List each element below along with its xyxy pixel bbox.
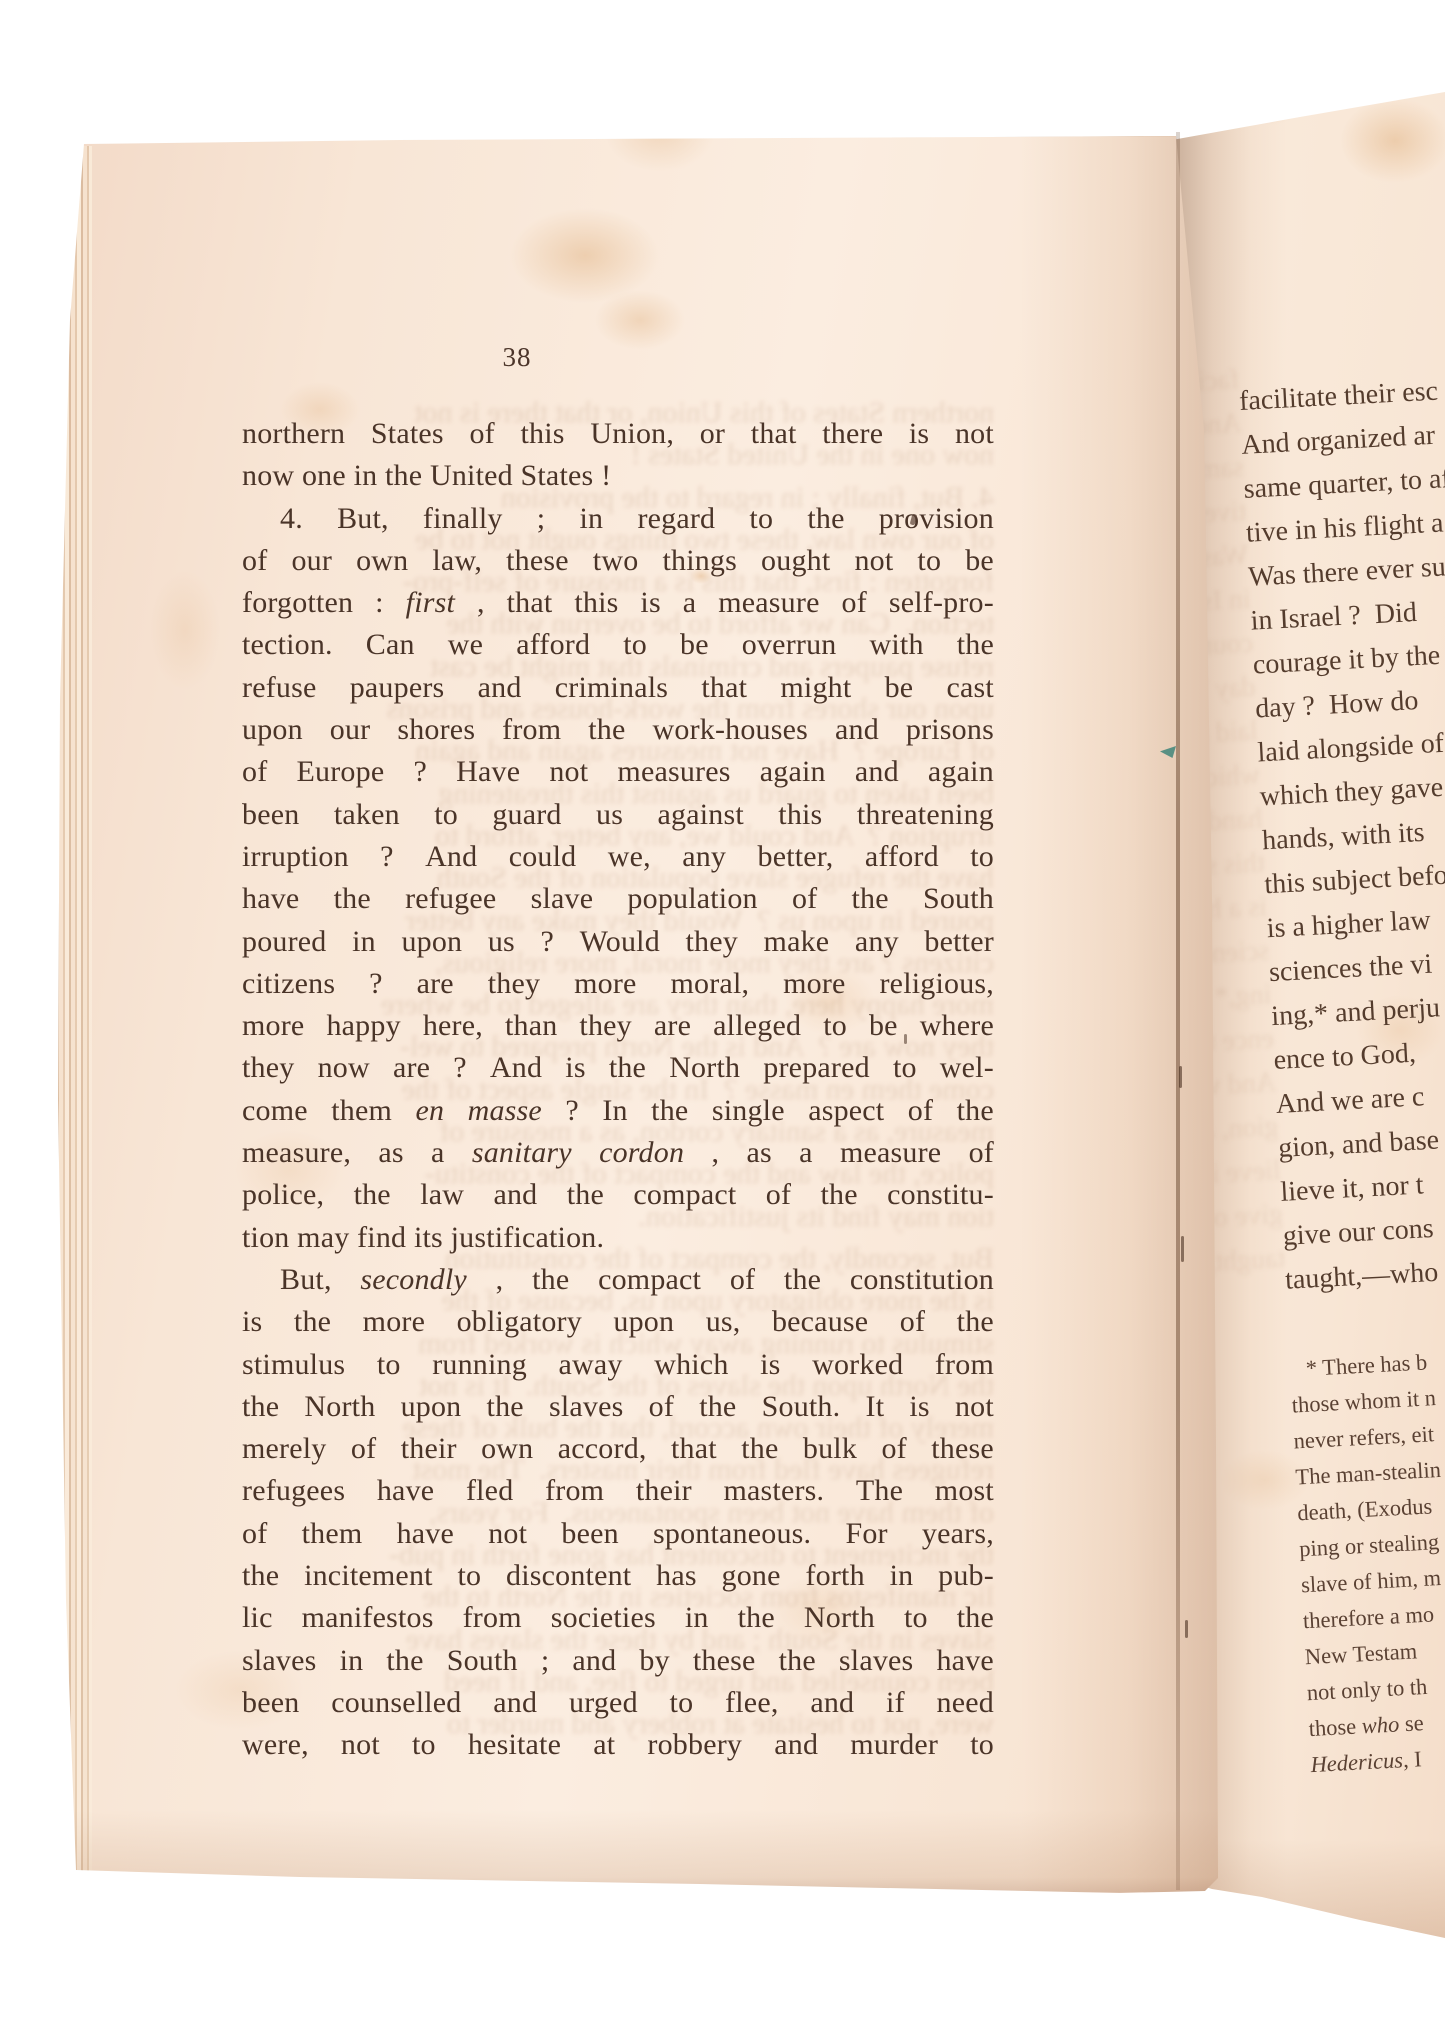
word: North <box>669 1047 740 1089</box>
left-text-line: merelyoftheirownaccord,thatthebulkofthes… <box>242 1428 994 1470</box>
word: and <box>774 1724 818 1766</box>
word: secondly <box>360 1259 467 1301</box>
word: compact <box>633 1174 736 1216</box>
word: finally <box>423 498 503 540</box>
left-text-line: were,nottohesitateatrobberyandmurderto <box>242 1724 994 1766</box>
text-run: facilitate their esc <box>1238 376 1438 417</box>
text-run: tion may find its justification. <box>242 1221 604 1254</box>
word: the <box>852 878 889 920</box>
word: have <box>377 1470 434 1512</box>
word: they <box>242 1047 294 1089</box>
text-run: And organized ar <box>1241 420 1436 461</box>
text-run: * There has b <box>1305 1349 1428 1380</box>
word: masters. <box>723 1470 824 1512</box>
word: from <box>502 709 561 751</box>
word: not <box>549 751 588 793</box>
word: against <box>658 794 744 836</box>
right-bottom-shadow <box>1180 1840 1445 1940</box>
text-run: New Testam <box>1304 1638 1418 1669</box>
word: ? <box>453 1047 467 1089</box>
word: the <box>609 1047 646 1089</box>
text-run: those <box>1308 1713 1362 1741</box>
word: is <box>909 413 929 455</box>
word: the <box>738 1597 775 1639</box>
binding-stitch <box>1179 1066 1182 1088</box>
word: first <box>406 582 455 624</box>
word: to <box>623 624 647 666</box>
left-text-line: forgotten:first,thatthisisameasureofself… <box>242 582 994 624</box>
word: is <box>760 1344 780 1386</box>
word: sanitary <box>472 1132 572 1174</box>
left-text-line: refusepaupersandcriminalsthatmightbecast <box>242 667 994 709</box>
word: to <box>904 1597 928 1639</box>
word: provision <box>879 498 994 540</box>
word: stimulus <box>242 1344 345 1386</box>
word: these <box>693 1640 756 1682</box>
word: that <box>507 582 553 624</box>
word: hesitate <box>468 1724 561 1766</box>
word: they <box>579 1005 631 1047</box>
word: poured <box>242 921 327 963</box>
word: of <box>900 1301 925 1343</box>
text-run: lieve it, nor t <box>1280 1169 1425 1207</box>
word: discontent <box>506 1555 631 1597</box>
text-run: this subject befo <box>1264 860 1445 901</box>
word: to <box>749 498 773 540</box>
word: fled <box>466 1470 513 1512</box>
word: not <box>341 1724 380 1766</box>
word: the <box>821 1174 858 1216</box>
word: is <box>909 1386 929 1428</box>
word: of <box>242 1513 267 1555</box>
word: not <box>955 1386 994 1428</box>
word: could <box>509 836 577 878</box>
left-bottom-shadow <box>58 1810 1220 1894</box>
text-run: The man-stealin <box>1295 1457 1442 1490</box>
word: ? <box>369 963 383 1005</box>
word: from <box>935 1344 994 1386</box>
word: the <box>779 1640 816 1682</box>
word: worked <box>812 1344 903 1386</box>
left-text-line: stimulustorunningawaywhichisworkedfrom <box>242 1344 994 1386</box>
text-run: se <box>1399 1710 1425 1736</box>
word: and <box>478 667 522 709</box>
word: they <box>488 963 540 1005</box>
word: South. <box>762 1386 841 1428</box>
left-text-line: now one in the United States ! <box>242 455 994 497</box>
word: that <box>701 667 747 709</box>
word: be <box>869 1005 898 1047</box>
text-run: tive in his flight a <box>1245 507 1444 548</box>
word: police, <box>242 1174 324 1216</box>
word: population <box>627 878 757 920</box>
word: our <box>330 709 371 751</box>
text-run: ence to God, <box>1273 1038 1417 1076</box>
word: Europe <box>297 751 385 793</box>
text-run: Hedericus <box>1310 1747 1404 1777</box>
word: measure <box>718 582 819 624</box>
right-footnote-line: * There has b <box>1289 1330 1445 1388</box>
word: But, <box>280 1259 332 1301</box>
word: have <box>242 878 299 920</box>
word: the <box>386 1640 423 1682</box>
word: we, <box>608 836 651 878</box>
word: self-pro- <box>889 582 994 624</box>
word: be <box>965 540 994 582</box>
word: and <box>810 1682 854 1724</box>
word: , <box>477 582 485 624</box>
page-number: 38 <box>462 342 572 373</box>
word: in <box>352 921 376 963</box>
word: obligatory <box>457 1301 582 1343</box>
word: there <box>822 413 883 455</box>
word: in <box>340 1640 364 1682</box>
word: For <box>845 1513 887 1555</box>
stain <box>510 208 660 303</box>
word: slave <box>531 878 594 920</box>
word: them <box>302 1513 363 1555</box>
word: Have <box>456 751 520 793</box>
word: more <box>242 1005 304 1047</box>
word: this <box>574 582 618 624</box>
left-text-line: beencounselledandurgedtoflee,andifneed <box>242 1682 994 1724</box>
word: bulk <box>803 1428 857 1470</box>
word: this <box>521 413 565 455</box>
word: this <box>778 794 822 836</box>
word: upon <box>613 1301 674 1343</box>
word: have <box>936 1640 993 1682</box>
word: as <box>378 1132 403 1174</box>
word: : <box>375 582 384 624</box>
word: refugees <box>242 1470 345 1512</box>
word: any <box>855 921 899 963</box>
word: refuse <box>242 667 317 709</box>
word: robbery <box>647 1724 742 1766</box>
word: which <box>654 1344 728 1386</box>
word: of <box>242 751 267 793</box>
left-text-line: uponourshoresfromthework-housesandprison… <box>242 709 994 751</box>
text-run: death, (Exodus <box>1297 1493 1433 1525</box>
text-run: therefore a mo <box>1302 1601 1434 1633</box>
stain <box>605 92 715 172</box>
left-text-line: theynoware?AndistheNorthpreparedtowel- <box>242 1047 994 1089</box>
text-run: ping or stealing <box>1299 1529 1440 1561</box>
word: is <box>242 1301 262 1343</box>
word: to <box>412 1724 436 1766</box>
word: en <box>415 1090 444 1132</box>
word: to <box>377 1344 401 1386</box>
word: any <box>682 836 726 878</box>
left-text-line: police,thelawandthecompactoftheconstitu- <box>242 1174 994 1216</box>
word: societies <box>551 1597 656 1639</box>
word: own <box>356 540 408 582</box>
word: by <box>639 1640 669 1682</box>
word: most <box>935 1470 994 1512</box>
word: alleged <box>713 1005 801 1047</box>
word: merely <box>242 1428 327 1470</box>
word: States <box>371 413 444 455</box>
binding-stitch <box>1181 1236 1184 1262</box>
left-text-line: havetherefugeeslavepopulationoftheSouth <box>242 878 994 920</box>
word: from <box>463 1597 522 1639</box>
word: to <box>893 1047 917 1089</box>
word: at <box>593 1724 615 1766</box>
word: threatening <box>857 794 994 836</box>
left-text-line: ofEurope?Havenotmeasuresagainandagain <box>242 751 994 793</box>
word: or <box>700 413 725 455</box>
text-run: laid alongside of <box>1257 728 1445 769</box>
word: things <box>662 540 737 582</box>
word: the <box>651 1090 688 1132</box>
word: pub- <box>938 1555 994 1597</box>
word: is <box>640 582 660 624</box>
word: The <box>856 1470 903 1512</box>
word: 4. <box>280 498 303 540</box>
word: to <box>970 836 994 878</box>
word: In <box>602 1090 627 1132</box>
word: again <box>928 751 994 793</box>
word: and <box>855 751 899 793</box>
word: here, <box>423 1005 483 1047</box>
word: criminals <box>555 667 668 709</box>
word: afford <box>516 624 590 666</box>
word: prepared <box>763 1047 870 1089</box>
word: we <box>448 624 483 666</box>
word: were, <box>242 1724 309 1766</box>
word: ? <box>541 921 555 963</box>
word: need <box>937 1682 994 1724</box>
left-text-line: tection.Canweaffordtobeoverrunwiththe <box>242 624 994 666</box>
word: of <box>242 540 267 582</box>
text-run: give our cons <box>1282 1213 1434 1252</box>
word: forth <box>805 1555 864 1597</box>
word: because <box>772 1301 868 1343</box>
word: ; <box>537 498 546 540</box>
word: in <box>685 1597 709 1639</box>
word: slaves <box>839 1640 914 1682</box>
word: to <box>457 1555 481 1597</box>
word: the <box>807 498 844 540</box>
text-run: day ? How do <box>1254 685 1419 725</box>
word: a <box>799 1132 813 1174</box>
text-run: slave of him, m <box>1300 1565 1441 1597</box>
word: tection. <box>242 624 333 666</box>
word: Would <box>580 921 660 963</box>
left-gutter-shadow <box>1020 136 1218 1892</box>
word: of <box>842 582 867 624</box>
stain <box>595 290 685 350</box>
left-text-line: But,secondly,thecompactoftheconstitution <box>242 1259 994 1301</box>
word: happy <box>326 1005 400 1047</box>
word: come <box>242 1090 308 1132</box>
word: manifestos <box>302 1597 434 1639</box>
word: our <box>291 540 332 582</box>
left-text-line: licmanifestosfromsocietiesintheNorthtoth… <box>242 1597 994 1639</box>
word: to <box>917 540 941 582</box>
word: incitement <box>304 1555 433 1597</box>
text-run: hands, with its <box>1261 817 1425 856</box>
text-run: , I <box>1402 1746 1422 1772</box>
word: Union, <box>590 413 674 455</box>
word: away <box>559 1344 623 1386</box>
word: wel- <box>940 1047 994 1089</box>
word: been <box>242 1682 299 1724</box>
word: a <box>683 582 697 624</box>
word: of <box>908 1090 933 1132</box>
text-run: who <box>1361 1711 1400 1738</box>
text-run: Was there ever su <box>1248 551 1445 592</box>
word: the <box>242 1386 279 1428</box>
left-text-line: refugeeshavefledfromtheirmasters.Themost <box>242 1470 994 1512</box>
left-text-line: tion may find its justification. <box>242 1217 994 1259</box>
word: It <box>866 1386 885 1428</box>
word: in <box>580 498 604 540</box>
ink-speck <box>904 1034 907 1044</box>
word: has <box>656 1555 697 1597</box>
word: make <box>764 921 830 963</box>
left-text-line: beentakentoguardusagainstthisthreatening <box>242 794 994 836</box>
word: law, <box>432 540 482 582</box>
gutter-crease <box>1176 132 1180 1890</box>
word: constitu- <box>887 1174 994 1216</box>
word: prisons <box>906 709 994 751</box>
word: running <box>432 1344 527 1386</box>
word: cast <box>947 667 994 709</box>
word: are <box>393 1047 430 1089</box>
word: flee, <box>725 1682 778 1724</box>
text-run: courage it by the <box>1252 640 1441 681</box>
word: of <box>766 1174 791 1216</box>
word: these <box>931 1428 994 1470</box>
word: ? <box>565 1090 579 1132</box>
word: us <box>596 794 623 836</box>
word: two <box>593 540 639 582</box>
word: upon <box>401 921 462 963</box>
word: aspect <box>808 1090 884 1132</box>
word: ; <box>541 1640 550 1682</box>
word: they <box>685 921 737 963</box>
word: the <box>354 1174 391 1216</box>
left-page-text-column: northernStatesofthisUnion,orthatthereisn… <box>242 413 994 1767</box>
word: the <box>567 1174 604 1216</box>
word: irruption <box>242 836 349 878</box>
word: been <box>242 794 299 836</box>
word: urged <box>569 1682 638 1724</box>
word: the <box>957 1597 994 1639</box>
text-run: not only to th <box>1306 1674 1428 1705</box>
text-run: those whom it n <box>1291 1385 1436 1418</box>
word: the <box>487 1386 524 1428</box>
word: that <box>751 413 797 455</box>
word: the <box>588 709 625 751</box>
word: us <box>488 921 515 963</box>
word: murder <box>850 1724 938 1766</box>
word: , <box>711 1132 719 1174</box>
word: ought <box>761 540 830 582</box>
text-run: is a higher law <box>1266 905 1431 945</box>
right-page-footnote: * There has bthose whom it nnever refers… <box>1289 1330 1445 1783</box>
word: slaves <box>549 1386 624 1428</box>
left-text-line: ofthemhavenotbeenspontaneous.Foryears, <box>242 1513 994 1555</box>
word: have <box>397 1513 454 1555</box>
word: measures <box>617 751 730 793</box>
word: and <box>572 1640 616 1682</box>
word: better, <box>758 836 834 878</box>
word: the <box>532 1259 569 1301</box>
page-fore-edge-stack <box>57 146 92 1872</box>
word: upon <box>242 709 303 751</box>
word: is <box>565 1047 585 1089</box>
word: forgotten <box>242 582 353 624</box>
word: not <box>854 540 893 582</box>
word: the <box>699 1386 736 1428</box>
word: guard <box>492 794 561 836</box>
word: and <box>493 1174 537 1216</box>
text-run: taught,—who <box>1284 1257 1439 1296</box>
text-run: ing,* and perju <box>1271 992 1441 1032</box>
left-text-line: irruption?Andcouldwe,anybetter,affordto <box>242 836 994 878</box>
word: to <box>970 1724 994 1766</box>
word: be <box>885 667 914 709</box>
text-run: And we are c <box>1275 1081 1425 1120</box>
word: measure, <box>242 1132 351 1174</box>
word: where <box>920 1005 994 1047</box>
word: the <box>294 1301 331 1343</box>
word: of <box>881 1428 906 1470</box>
word: paupers <box>350 667 445 709</box>
word: might <box>780 667 851 709</box>
word: lic <box>242 1597 273 1639</box>
word: from <box>545 1470 604 1512</box>
text-run: which they gave <box>1259 772 1444 813</box>
left-text-line: isthemoreobligatoryuponus,becauseofthe <box>242 1301 994 1343</box>
word: that <box>671 1428 717 1470</box>
word: of <box>730 1259 755 1301</box>
word: compact <box>598 1259 701 1301</box>
word: moral, <box>671 963 750 1005</box>
word: and <box>835 709 879 751</box>
word: the <box>741 1428 778 1470</box>
word: ? <box>380 836 394 878</box>
word: are <box>654 1005 691 1047</box>
left-text-line: citizens?aretheymoremoral,morereligious, <box>242 963 994 1005</box>
word: better <box>924 921 994 963</box>
word: not <box>488 1513 527 1555</box>
word: gone <box>722 1555 781 1597</box>
word: more <box>783 963 845 1005</box>
word: upon <box>401 1386 462 1428</box>
word: regard <box>637 498 715 540</box>
word: slaves <box>242 1640 317 1682</box>
word: North <box>304 1386 375 1428</box>
word: shores <box>397 709 475 751</box>
word: own <box>481 1428 533 1470</box>
word: these <box>506 540 569 582</box>
text-run: gion, and base <box>1277 1125 1439 1164</box>
word: , <box>496 1259 504 1301</box>
word: constitution <box>850 1259 994 1301</box>
text-run: now one in the United States ! <box>242 459 611 492</box>
left-text-line: pouredinuponus?Wouldtheymakeanybetter <box>242 921 994 963</box>
word: a <box>431 1132 445 1174</box>
text-run: sciences the vi <box>1268 949 1433 989</box>
word: northern <box>242 413 345 455</box>
text-run: never refers, eit <box>1293 1421 1435 1453</box>
word: be <box>680 624 709 666</box>
word: taken <box>334 794 400 836</box>
word: not <box>955 413 994 455</box>
word: than <box>505 1005 557 1047</box>
